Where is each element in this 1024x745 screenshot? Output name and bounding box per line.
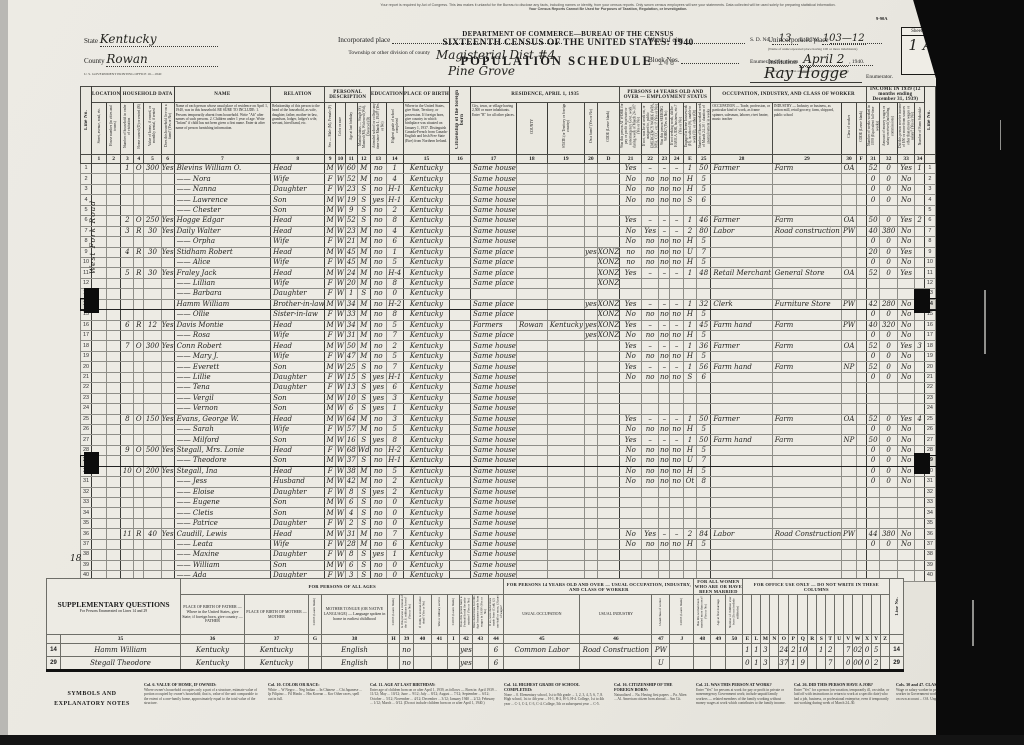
entry-cell: PW (842, 299, 857, 309)
entry-cell (144, 205, 161, 215)
vertical-label: Attended school or college any time sinc… (372, 103, 384, 149)
entry-cell: 24 (779, 644, 789, 657)
entry-cell: Same house (471, 226, 517, 236)
entry-cell (450, 404, 471, 414)
entry-cell: Kentucky (181, 644, 245, 657)
entry-cell (106, 268, 121, 278)
column-number: 39 (400, 635, 414, 644)
entry-cell: 52 (866, 341, 880, 351)
entry-cell (772, 518, 841, 528)
entry-cell (547, 216, 584, 226)
entry-cell (161, 205, 174, 215)
line-number: 26 (924, 424, 935, 434)
entry-cell (134, 393, 144, 403)
entry-cell: 0 (866, 477, 880, 487)
entry-cell: no (641, 184, 659, 194)
entry-cell (808, 644, 817, 657)
column-subhead (863, 595, 872, 635)
entry-cell: No (620, 445, 642, 455)
entry-cell: No (620, 184, 642, 194)
entry-cell (597, 205, 620, 215)
entry-cell: 6 (488, 657, 504, 671)
entry-cell (106, 362, 121, 372)
column-subhead: CODE (Leave blank) (670, 595, 694, 635)
line-number: 38 (81, 550, 92, 560)
entry-cell: 0 (866, 195, 880, 205)
entry-cell: H-2 (386, 299, 403, 309)
entry-cell (697, 393, 711, 403)
entry-cell: no (641, 424, 659, 434)
census-row-9: 94R30YesStidham RobertHeadMW45Mno1Kentuc… (81, 247, 936, 257)
entry-cell: F (325, 445, 335, 455)
entry-cell (547, 289, 584, 299)
entry-cell (711, 487, 772, 497)
entry-cell: Husband (271, 477, 325, 487)
entry-cell: 0 (880, 435, 897, 445)
entry-cell (106, 445, 121, 455)
entry-cell: W (335, 362, 345, 372)
entry-cell: 9 (798, 657, 808, 671)
entry-cell (880, 508, 897, 518)
entry-cell: F (325, 257, 335, 267)
entry-cell: Head (271, 341, 325, 351)
line-number: 36 (924, 529, 935, 539)
entry-cell: Kentucky (403, 424, 449, 434)
entry-cell: M (325, 414, 335, 424)
entry-cell: 1 (683, 362, 696, 372)
entry-cell: yes (370, 550, 386, 560)
entry-cell: F (325, 331, 335, 341)
entry-cell (659, 393, 670, 403)
notes-body: White ... W Negro ... Neg Indian ... In … (268, 688, 364, 701)
entry-cell: no (370, 278, 386, 288)
entry-cell: no (659, 477, 670, 487)
entry-cell (121, 498, 134, 508)
entry-cell (161, 383, 174, 393)
entry-cell: no (641, 539, 659, 549)
entry-cell: no (670, 331, 683, 341)
state-field: State Kentucky (84, 32, 218, 47)
entry-cell: no (400, 657, 414, 671)
entry-cell (547, 435, 584, 445)
entry-cell (659, 383, 670, 393)
entry-cell (134, 477, 144, 487)
entry-cell: H (683, 466, 696, 476)
entry-cell (516, 477, 547, 487)
column-subhead (853, 595, 863, 635)
entry-cell (547, 310, 584, 320)
entry-cell (597, 414, 620, 424)
entry-cell (597, 550, 620, 560)
entry-cell: W (335, 310, 345, 320)
entry-cell: M (357, 299, 370, 309)
entry-cell: 2 (386, 341, 403, 351)
entry-cell (106, 456, 121, 466)
entry-cell: 7 (697, 247, 711, 257)
entry-cell (915, 571, 924, 581)
entry-cell: no (659, 310, 670, 320)
enumerator-signature: Ray Hogge (750, 64, 862, 83)
entry-cell: 0 (866, 351, 880, 361)
entry-cell: 2 (683, 529, 696, 539)
entry-cell: F (325, 518, 335, 528)
entry-cell: Head (271, 320, 325, 330)
entry-cell: O (134, 216, 144, 226)
entry-cell (161, 456, 174, 466)
entry-cell: S (357, 216, 370, 226)
entry-cell (856, 508, 866, 518)
entry-cell (121, 372, 134, 382)
entry-cell: 2 (386, 205, 403, 215)
entry-cell: 33 (345, 310, 357, 320)
entry-cell (866, 404, 880, 414)
entry-cell: Wife (271, 257, 325, 267)
entry-cell (106, 404, 121, 414)
column-subhead: USUAL OCCUPATION (504, 595, 580, 635)
column-number: 41 (432, 635, 448, 644)
sd-label: S. D. No. (750, 37, 771, 43)
entry-cell: Yes (897, 414, 915, 424)
entry-cell (547, 477, 584, 487)
entry-cell: Same place (471, 331, 517, 341)
entry-cell: no (659, 331, 670, 341)
entry-cell (144, 508, 161, 518)
entry-cell: Same place (471, 278, 517, 288)
entry-cell (866, 498, 880, 508)
film-edge-bottom (0, 735, 1024, 745)
entry-cell: Yes (161, 445, 174, 455)
entry-cell (516, 237, 547, 247)
entry-cell (697, 518, 711, 528)
entry-cell: —— Eugene (174, 498, 270, 508)
entry-cell (516, 195, 547, 205)
line-number: 16 (924, 320, 935, 330)
entry-cell (309, 644, 322, 657)
vertical-label: CODE (Leave blank) (606, 111, 610, 142)
entry-cell (683, 487, 696, 497)
supp-subtitle: For Persons Enumerated on Lines 14 and 2… (47, 609, 180, 614)
entry-cell (448, 644, 460, 657)
entry-cell: No (620, 529, 642, 539)
vertical-label: Does this person have a Federal Social S… (460, 595, 471, 629)
entry-cell (450, 278, 471, 288)
entry-cell (161, 404, 174, 414)
entry-cell: 3 (761, 657, 770, 671)
entry-cell: —— Rosa (174, 331, 270, 341)
entry-cell (683, 383, 696, 393)
entry-cell (856, 226, 866, 236)
entry-cell (134, 195, 144, 205)
entry-cell: Yes (161, 341, 174, 351)
entry-cell: No (897, 237, 915, 247)
entry-cell (842, 550, 857, 560)
entry-cell (121, 257, 134, 267)
incorporated-label: Incorporated place (338, 36, 390, 44)
entry-cell: Kentucky (403, 299, 449, 309)
entry-cell: 0 (866, 456, 880, 466)
entry-cell (121, 560, 134, 570)
entry-cell (880, 393, 897, 403)
entry-cell: —— Vergil (174, 393, 270, 403)
entry-cell: S (357, 435, 370, 445)
entry-cell: R (134, 268, 144, 278)
entry-cell (161, 362, 174, 372)
entry-cell: Yes (161, 216, 174, 226)
entry-cell: Brother-in-law (271, 299, 325, 309)
entry-cell: Kentucky (403, 320, 449, 330)
entry-cell (842, 508, 857, 518)
entry-cell (450, 487, 471, 497)
entry-cell: Son (271, 393, 325, 403)
entry-cell: S (683, 195, 696, 205)
entry-cell: M (357, 351, 370, 361)
entry-cell: 45 (345, 247, 357, 257)
line-number: 32 (81, 487, 92, 497)
column-subhead (743, 595, 752, 635)
entry-cell (121, 351, 134, 361)
entry-cell (856, 466, 866, 476)
entry-cell: W (335, 351, 345, 361)
entry-cell (144, 477, 161, 487)
column-subhead: Street, avenue, road, etc. (92, 103, 107, 155)
column-subhead: STATE (or Territory or foreign country) (547, 103, 584, 155)
entry-cell: Yes (897, 216, 915, 226)
line-number: 7 (924, 226, 935, 236)
entry-cell (597, 466, 620, 476)
entry-cell (585, 341, 598, 351)
column-number: 49 (711, 635, 726, 644)
entry-cell (772, 195, 841, 205)
entry-cell: O (134, 414, 144, 424)
column-number: X (863, 635, 872, 644)
column-subhead: Number of children ever born (Do not inc… (726, 595, 743, 635)
column-subhead: Attended school or college any time sinc… (370, 103, 386, 155)
entry-cell (450, 184, 471, 194)
entry-cell: – (641, 435, 659, 445)
entry-cell (106, 278, 121, 288)
entry-cell (897, 393, 915, 403)
column-subhead: Marital status — Single (S), Married (M)… (357, 103, 370, 155)
entry-cell: 0 (880, 174, 897, 184)
column-number: 38 (322, 635, 388, 644)
entry-cell: Kentucky (245, 657, 309, 671)
entry-cell: S (357, 372, 370, 382)
column-number: 4 (134, 155, 144, 164)
vertical-label: Line No. (927, 110, 932, 130)
column-subhead: Engaged in home housework (H), in school… (683, 103, 696, 155)
entry-cell: 32 (697, 299, 711, 309)
entry-cell: Son (271, 195, 325, 205)
entry-cell: no (370, 456, 386, 466)
entry-cell (106, 498, 121, 508)
column-subhead: Value of home, if owned, or monthly rent… (144, 103, 161, 155)
entry-cell: No (620, 466, 642, 476)
entry-cell: No (897, 539, 915, 549)
entry-cell: 1 (683, 299, 696, 309)
entry-cell (915, 435, 924, 445)
entry-cell: 5 (386, 466, 403, 476)
entry-cell (866, 518, 880, 528)
column-number: H (388, 635, 400, 644)
entry-cell: 52 (866, 362, 880, 372)
entry-cell: 52 (866, 164, 880, 174)
entry-cell (697, 487, 711, 497)
entry-cell: OA (842, 268, 857, 278)
entry-cell: Kentucky (403, 414, 449, 424)
microprint-line1: Your report is required by Act of Congre… (380, 3, 835, 7)
entry-cell (92, 508, 107, 518)
column-number: 22 (641, 155, 659, 164)
entry-cell: – (670, 320, 683, 330)
entry-cell (711, 498, 772, 508)
entry-cell (450, 414, 471, 424)
entry-cell (516, 550, 547, 560)
entry-cell: 0 (743, 657, 752, 671)
column-subhead: Color or race (335, 103, 345, 155)
entry-cell: 16 (345, 435, 357, 445)
column-number: P (789, 635, 798, 644)
entry-cell (547, 424, 584, 434)
entry-cell: M (325, 320, 335, 330)
vertical-label: Street, avenue, road, etc. (97, 108, 101, 143)
entry-cell (450, 435, 471, 445)
entry-cell (144, 278, 161, 288)
entry-cell: Same house (471, 164, 517, 174)
entry-cell: no (370, 205, 386, 215)
entry-cell: Daughter (271, 487, 325, 497)
entry-cell: 0 (844, 657, 853, 671)
entry-cell: Same house (471, 341, 517, 351)
entry-cell: NP (842, 362, 857, 372)
entry-cell (585, 539, 598, 549)
entry-cell: 0 (866, 257, 880, 267)
census-row-4: 4—— LawrenceSonMW19SyesH-1KentuckySame h… (81, 195, 936, 205)
entry-cell: S (357, 498, 370, 508)
column-number: 11 (345, 155, 357, 164)
entry-cell (106, 487, 121, 497)
entry-cell: – (670, 299, 683, 309)
entry-cell: Same house (471, 174, 517, 184)
entry-cell: Head (271, 445, 325, 455)
entry-cell: Head (271, 268, 325, 278)
entry-cell: – (659, 529, 670, 539)
entry-cell (897, 383, 915, 393)
entry-cell (450, 362, 471, 372)
entry-cell (915, 247, 924, 257)
notes-heading: Col. 21. WAS THIS PERSON AT WORK? (696, 682, 788, 687)
entry-cell: No (620, 226, 642, 236)
column-group-header: NAME (174, 87, 270, 103)
entry-cell: No (897, 351, 915, 361)
entry-cell (772, 393, 841, 403)
vertical-label: Age at last birthday (349, 112, 353, 140)
entry-cell: 8 (345, 487, 357, 497)
margin-note: 18 (70, 554, 81, 564)
entry-cell: – (670, 362, 683, 372)
column-subhead: If so, were deductions made from (1) all… (488, 595, 504, 635)
entry-cell: Kentucky (403, 372, 449, 382)
entry-cell: no (670, 174, 683, 184)
entry-cell: 0 (386, 560, 403, 570)
line-number: 34 (924, 508, 935, 518)
entry-cell: 0 (880, 247, 897, 257)
entry-cell: 0 (880, 372, 897, 382)
entry-cell (121, 550, 134, 560)
entry-cell (683, 498, 696, 508)
entry-cell: M (357, 320, 370, 330)
entry-cell: W (335, 466, 345, 476)
entry-cell (450, 257, 471, 267)
entry-cell (772, 331, 841, 341)
entry-cell: Son (271, 362, 325, 372)
entry-cell (711, 278, 772, 288)
entry-cell: H (683, 351, 696, 361)
entry-cell: XONZ (597, 299, 620, 309)
entry-cell: Son (271, 205, 325, 215)
entry-cell (856, 424, 866, 434)
census-row-22: 22—— TenaDaughterFW13Syes6KentuckySame h… (81, 383, 936, 393)
census-row-13: 13—— BarbaraDaughterFW1Sno0Kentucky13 (81, 289, 936, 299)
entry-cell: 20 (345, 278, 357, 288)
entry-cell: no (370, 237, 386, 247)
entry-cell (450, 174, 471, 184)
entry-cell: Kentucky (403, 184, 449, 194)
census-row-28: 289O500YesStegall, Mrs. LonieHeadFW68Wdn… (81, 445, 936, 455)
entry-cell: No (897, 529, 915, 539)
entry-cell (641, 550, 659, 560)
entry-cell: no (670, 195, 683, 205)
entry-cell: Yes (620, 268, 642, 278)
entry-cell (585, 456, 598, 466)
entry-cell (880, 278, 897, 288)
entry-cell (516, 383, 547, 393)
column-subhead (798, 595, 808, 635)
entry-cell (856, 414, 866, 424)
entry-cell (547, 268, 584, 278)
entry-cell: H (683, 310, 696, 320)
entry-cell (597, 362, 620, 372)
entry-cell: Yes (620, 299, 642, 309)
entry-cell: OA (842, 216, 857, 226)
vertical-label: Class of worker (847, 115, 851, 138)
entry-cell (585, 518, 598, 528)
entry-cell: Same house (471, 351, 517, 361)
entry-cell (134, 257, 144, 267)
entry-cell: —— Mary J. (174, 351, 270, 361)
column-number: 40 (414, 635, 432, 644)
entry-cell: 12 (144, 320, 161, 330)
entry-cell (880, 518, 897, 528)
entry-cell: 0 (386, 508, 403, 518)
column-number: 45 (504, 635, 580, 644)
entry-cell: OA (842, 414, 857, 424)
entry-cell (92, 498, 107, 508)
entry-cell: 0 (866, 174, 880, 184)
entry-cell: 5 (697, 539, 711, 549)
entry-cell (597, 164, 620, 174)
entry-cell (585, 383, 598, 393)
entry-cell (450, 477, 471, 487)
entry-cell (641, 278, 659, 288)
entry-cell (641, 518, 659, 528)
entry-cell (772, 237, 841, 247)
entry-cell (670, 383, 683, 393)
entry-cell (772, 539, 841, 549)
entry-cell (620, 205, 642, 215)
entry-cell (770, 644, 779, 657)
entry-cell (866, 289, 880, 299)
column-number: 46 (580, 635, 652, 644)
